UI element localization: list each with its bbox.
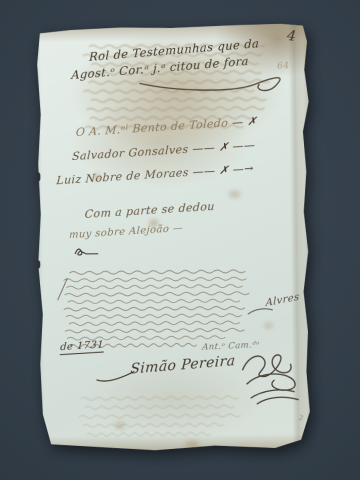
main-signature: Simão Pereira [130, 353, 236, 378]
signature-lead-stroke [96, 367, 136, 383]
date-text: de 1731 [60, 339, 104, 355]
manuscript-page: 4 64 Rol de Testemunhas que da Agost.ᵒ C… [31, 22, 315, 453]
witness-cross-mark: — ✗ [232, 115, 258, 130]
note-line-2: muy sobre Alejoão — [69, 223, 184, 241]
foxing-spot [149, 219, 159, 227]
edge-chip [36, 172, 40, 181]
foxing-spot [115, 422, 125, 430]
heading-flourish [139, 74, 289, 108]
pencil-mark: 2 [298, 414, 304, 423]
margin-signature-stroke [248, 306, 274, 316]
ink-squiggle-mark [73, 246, 103, 258]
foxing-spot [229, 190, 241, 198]
foxing-spot [264, 322, 273, 329]
photo-backdrop: 4 64 Rol de Testemunhas que da Agost.ᵒ C… [0, 0, 360, 480]
witness-name: Luiz Nobre de Moraes [56, 166, 189, 187]
bottom-bleed-texture [79, 394, 259, 442]
witness-row: Salvador Gonsalves —— ✗ —— [72, 138, 256, 163]
witness-cross-mark: —— ✗ —→ [192, 162, 254, 179]
witness-name: Salvador Gonsalves [72, 143, 189, 163]
folio-number: 4 [286, 28, 297, 45]
paper-sheet: 4 64 Rol de Testemunhas que da Agost.ᵒ C… [31, 22, 315, 453]
foxing-spot [92, 174, 100, 181]
witness-row: Luiz Nobre de Moraes —— ✗ —→ [56, 162, 254, 187]
foxing-spot [185, 441, 199, 448]
shelf-number: 64 [277, 61, 290, 72]
edge-chip [36, 260, 40, 268]
note-line-1: Com a parte se dedou [84, 200, 215, 221]
witness-cross-mark: —— ✗ —— [192, 138, 256, 155]
